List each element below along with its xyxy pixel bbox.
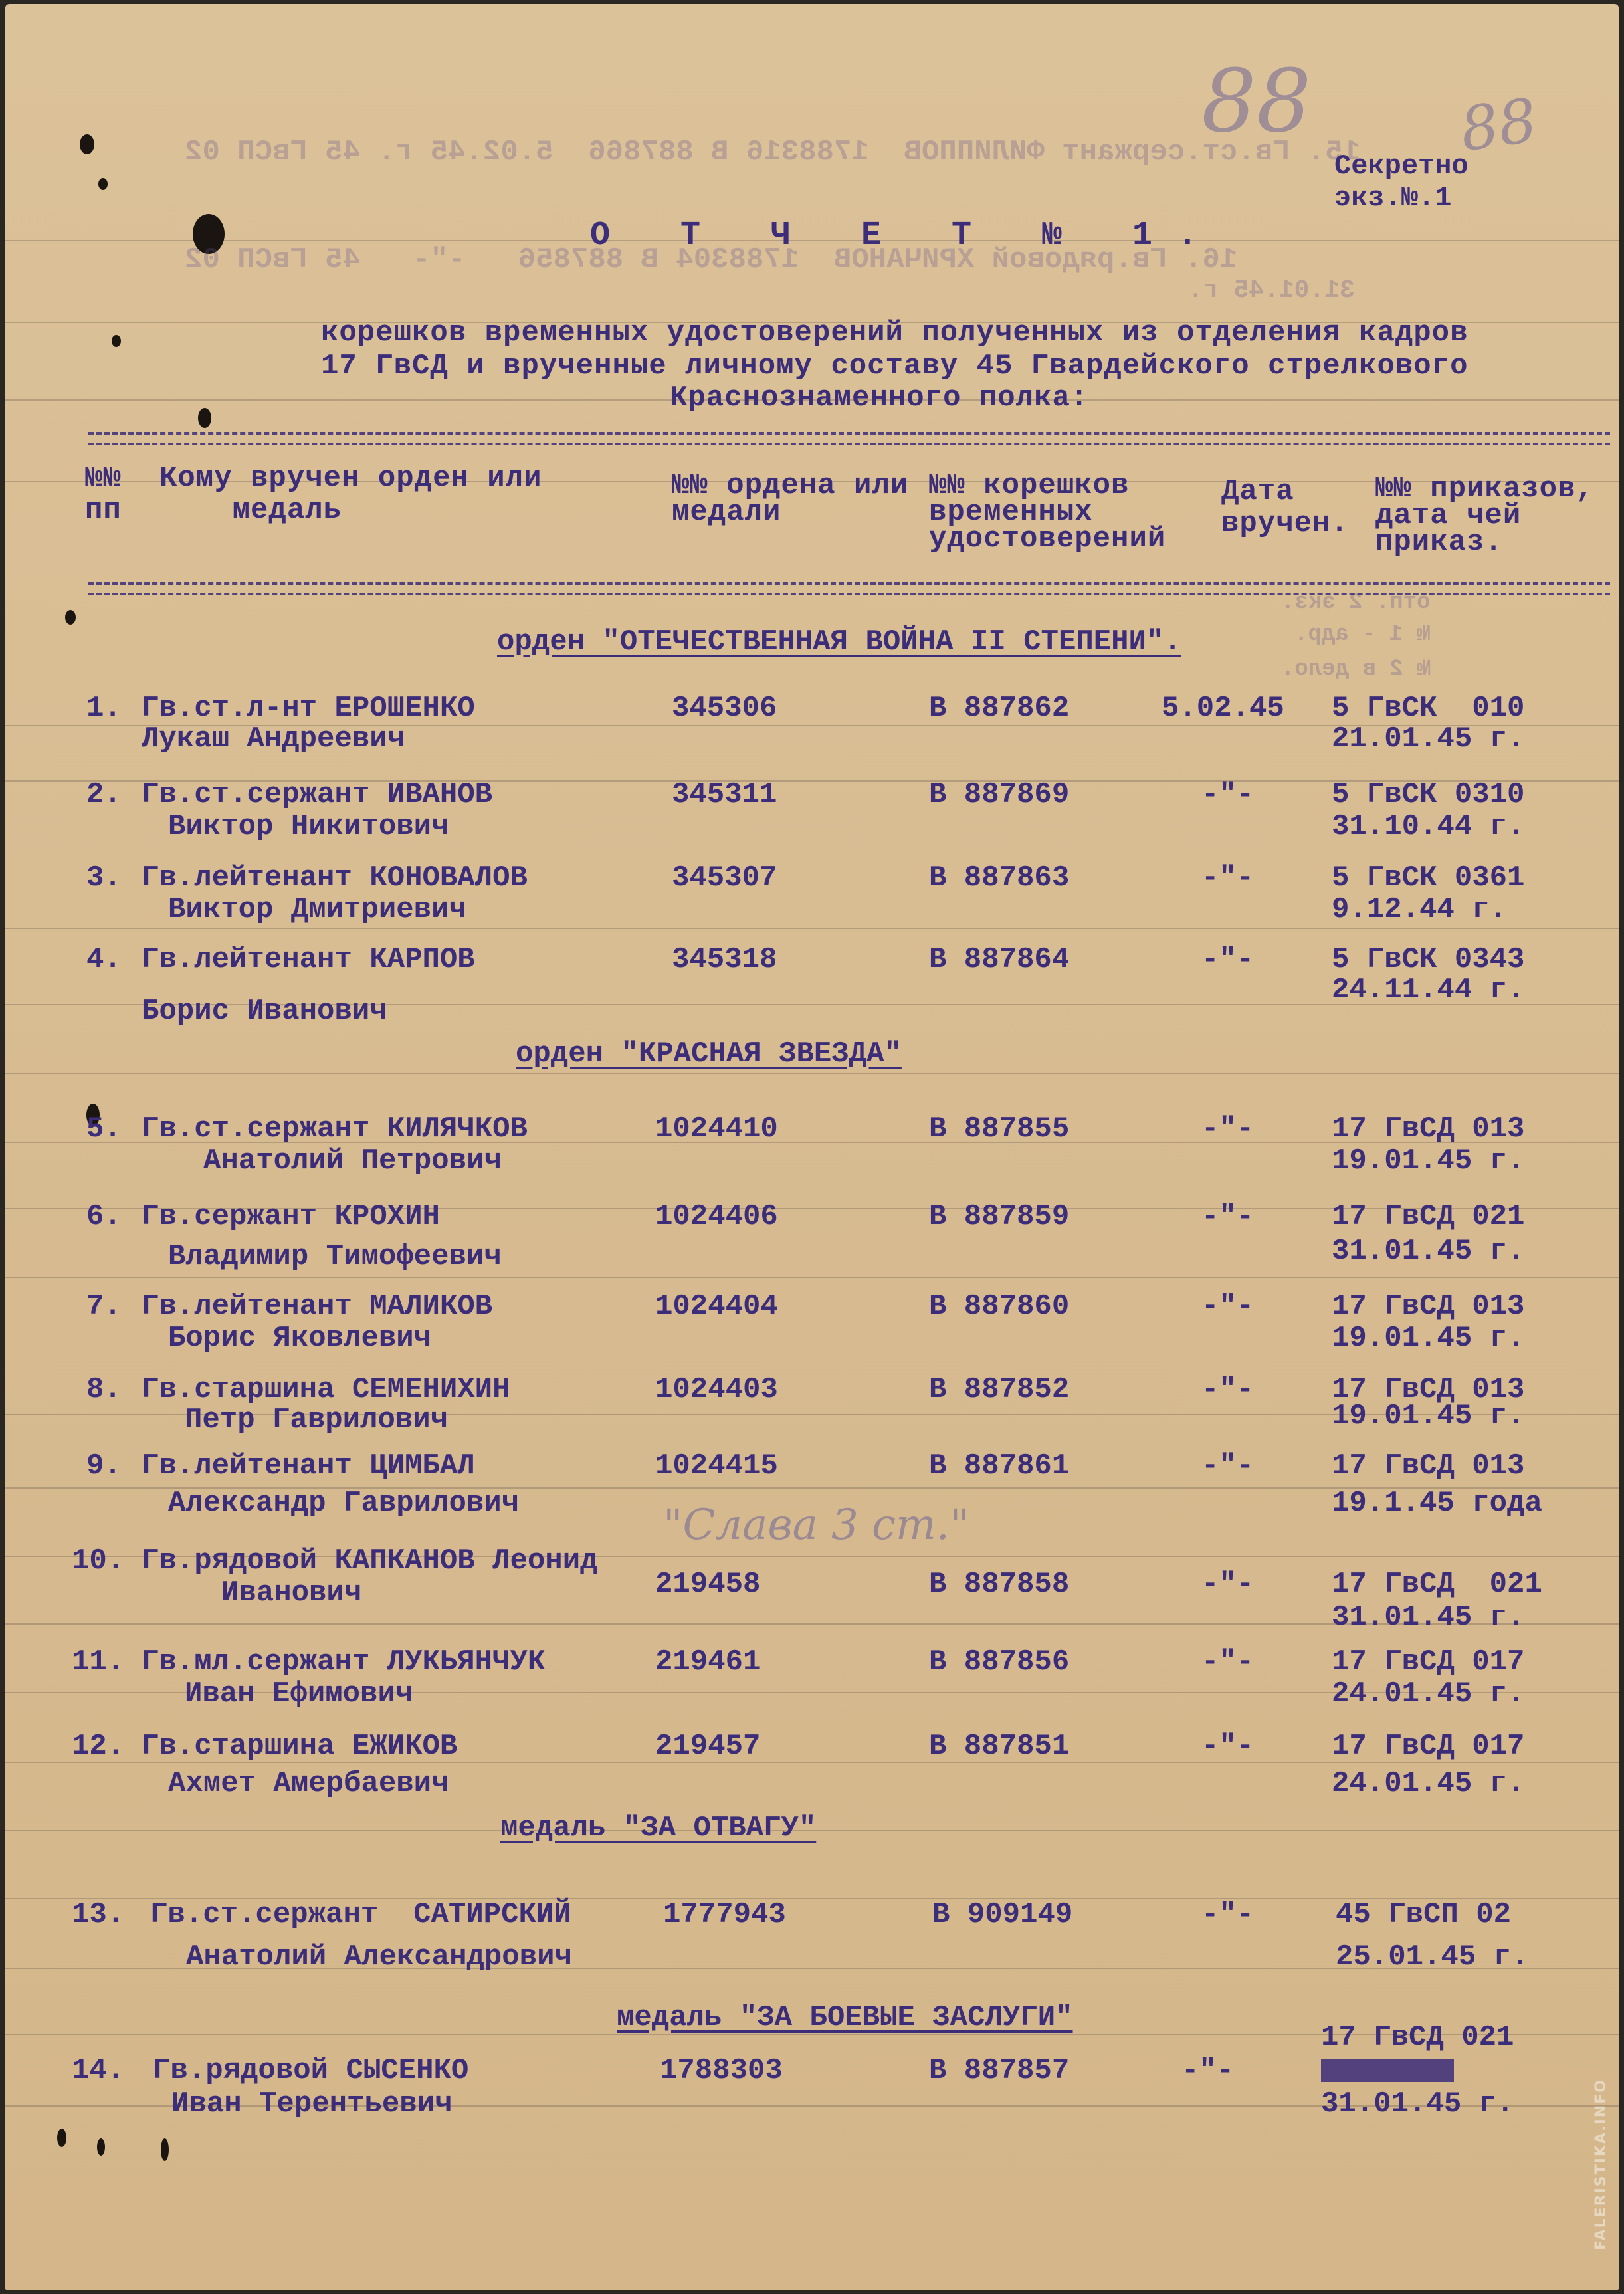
row-number: 4. — [86, 943, 122, 976]
header-order-ref: №№ приказов, дата чей приказ. — [1375, 476, 1594, 556]
award-number: 1788303 — [660, 2054, 783, 2087]
given-names: Владимир Тимофеевич — [168, 1240, 502, 1273]
award-number: 345311 — [672, 778, 777, 811]
date-awarded: -"- — [1201, 1730, 1254, 1763]
given-names: Иванович — [221, 1576, 361, 1610]
given-names: Иван Терентьевич — [171, 2087, 452, 2121]
given-names: Анатолий Петрович — [203, 1144, 502, 1178]
given-names: Ахмет Амербаевич — [168, 1767, 449, 1800]
row-number: 6. — [86, 1200, 122, 1233]
order-reference: 45 ГвСП 02 — [1336, 1898, 1511, 1931]
date-awarded: -"- — [1201, 1112, 1254, 1146]
stub-number: В 887859 — [929, 1200, 1069, 1233]
order-reference: 17 ГвСД 013 — [1332, 1290, 1524, 1323]
section-title-red-star: орден "КРАСНАЯ ЗВЕЗДА" — [516, 1037, 902, 1071]
order-date: 24.01.45 г. — [1332, 1767, 1524, 1800]
row-number: 9. — [86, 1449, 122, 1483]
row-number: 14. — [72, 2054, 124, 2087]
double-rule-bottom — [88, 582, 1610, 595]
row-number: 12. — [72, 1730, 124, 1763]
header-recipient: Кому вручен орден или медаль — [159, 463, 542, 526]
rank-surname: Гв.лейтенант КАРПОВ — [142, 943, 475, 976]
order-date: 31.01.45 г. — [1321, 2087, 1514, 2121]
classification-label: Секретно — [1334, 150, 1469, 182]
row-number: 8. — [86, 1373, 122, 1406]
given-names: Борис Иванович — [142, 995, 387, 1028]
award-number: 1024406 — [655, 1200, 778, 1233]
binder-hole — [80, 134, 94, 154]
stub-number: В 887864 — [929, 943, 1069, 976]
subtitle-line: 17 ГвСД и врученные личному составу 45 Г… — [321, 350, 1468, 383]
given-names: Иван Ефимович — [185, 1677, 413, 1711]
rank-surname: Гв.рядовой СЫСЕНКО — [153, 2054, 468, 2087]
date-awarded: -"- — [1201, 1200, 1254, 1233]
order-date: 31.01.45 г. — [1332, 1601, 1524, 1634]
award-number: 345306 — [672, 692, 777, 725]
rank-surname: Гв.старшина СЕМЕНИХИН — [142, 1373, 510, 1406]
date-awarded: 5.02.45 — [1162, 692, 1284, 725]
copy-number: экз.№.1 — [1334, 182, 1451, 214]
stub-number: В 887856 — [929, 1645, 1069, 1679]
award-number: 1024403 — [655, 1373, 778, 1406]
row-number: 3. — [86, 861, 122, 894]
order-date: 19.01.45 г. — [1332, 1400, 1524, 1433]
binder-hole — [161, 2138, 169, 2161]
row-number: 5. — [86, 1112, 122, 1146]
award-number: 219458 — [655, 1568, 760, 1601]
award-number: 1024404 — [655, 1290, 778, 1323]
order-reference: 5 ГвСК 0310 — [1332, 778, 1524, 811]
order-date: 9.12.44 г. — [1332, 893, 1507, 926]
rank-surname: Гв.старшина ЕЖИКОВ — [142, 1730, 457, 1763]
binder-hole — [98, 178, 108, 190]
award-number: 345318 — [672, 943, 777, 976]
stub-number: В 887855 — [929, 1112, 1069, 1146]
header-date: Дата вручен. — [1221, 476, 1349, 540]
given-names: Анатолий Александрович — [186, 1940, 572, 1974]
bleed-through-text: Василий Иванович 31.01.45 г. — [1188, 276, 1619, 305]
document-page: 15. Гв.ст.сержант ФИЛИППОВ 1788316 В 887… — [5, 4, 1619, 2290]
stub-number: В 887851 — [929, 1730, 1069, 1763]
given-names: Борис Яковлевич — [168, 1322, 431, 1355]
binder-hole — [65, 610, 76, 625]
order-date: 19.01.45 г. — [1332, 1322, 1524, 1355]
stub-number: В 887861 — [929, 1449, 1069, 1483]
award-number: 1777943 — [663, 1898, 786, 1931]
rank-surname: Гв.ст.сержант КИЛЯЧКОВ — [142, 1112, 528, 1146]
document-title: О Т Ч Е Т № 1. — [590, 217, 1223, 255]
order-reference: 5 ГвСК 0343 — [1332, 943, 1524, 976]
binder-hole — [112, 335, 121, 347]
bleed-through-text: 15. Гв.ст.сержант ФИЛИППОВ 1788316 В 887… — [185, 136, 1360, 169]
given-names: Виктор Дмитриевич — [168, 893, 466, 926]
rank-surname: Гв.лейтенант КОНОВАЛОВ — [142, 861, 528, 894]
date-awarded: -"- — [1181, 2054, 1234, 2087]
order-reference: 17 ГвСД 017 — [1332, 1645, 1524, 1679]
handwritten-page-number: 88 — [1201, 51, 1311, 152]
rank-surname: Гв.лейтенант МАЛИКОВ — [142, 1290, 492, 1323]
date-awarded: -"- — [1201, 1645, 1254, 1679]
rank-surname: Гв.сержант КРОХИН — [142, 1200, 440, 1233]
date-awarded: -"- — [1201, 1898, 1254, 1931]
row-number: 11. — [72, 1645, 124, 1679]
award-number: 1024415 — [655, 1449, 778, 1483]
handwritten-note: "Слава 3 ст." — [663, 1501, 969, 1550]
stub-number: В 887869 — [929, 778, 1069, 811]
row-number: 7. — [86, 1290, 122, 1323]
order-date: 31.10.44 г. — [1332, 810, 1524, 843]
row-number: 10. — [72, 1544, 124, 1578]
rank-surname: Гв.ст.л-нт ЕРОШЕНКО — [142, 692, 475, 725]
ruled-line — [5, 1073, 1619, 1074]
order-reference: 17 ГвСД 013 — [1332, 1449, 1524, 1483]
order-date: 21.01.45 г. — [1332, 722, 1524, 756]
date-awarded: -"- — [1201, 861, 1254, 894]
order-date: 25.01.45 г. — [1336, 1940, 1528, 1974]
stub-number: В 887858 — [929, 1568, 1069, 1601]
stub-number: В 887852 — [929, 1373, 1069, 1406]
stub-number: В 887860 — [929, 1290, 1069, 1323]
given-names: Лукаш Андреевич — [142, 722, 405, 756]
award-number: 219457 — [655, 1730, 760, 1763]
order-reference: 17 ГвСД 021 — [1321, 2021, 1514, 2054]
given-names: Виктор Никитович — [168, 810, 449, 843]
rank-surname: Гв.мл.сержант ЛУКЬЯНЧУК — [142, 1645, 545, 1679]
struck-out-text — [1321, 2059, 1454, 2082]
row-number: 13. — [72, 1898, 124, 1931]
date-awarded: -"- — [1201, 1373, 1254, 1406]
rank-surname: Гв.рядовой КАПКАНОВ Леонид — [142, 1544, 598, 1578]
order-reference: 17 ГвСД 021 — [1332, 1568, 1542, 1601]
bleed-through-text: № 2 в дело. — [1281, 657, 1430, 682]
header-award-number: №№ ордена или медали — [672, 472, 908, 526]
award-number: 1024410 — [655, 1112, 778, 1146]
binder-hole — [198, 408, 211, 428]
order-date: 19.01.45 г. — [1332, 1144, 1524, 1178]
header-stub-number: №№ корешков временных удостоверений — [929, 472, 1166, 552]
award-number: 219461 — [655, 1645, 760, 1679]
stub-number: В 887857 — [929, 2054, 1069, 2087]
order-reference: 17 ГвСД 013 — [1332, 1112, 1524, 1146]
date-awarded: -"- — [1201, 1290, 1254, 1323]
order-date: 31.01.45 г. — [1332, 1235, 1524, 1268]
section-title-for-courage: медаль "ЗА ОТВАГУ" — [500, 1812, 816, 1845]
bleed-through-text: № 1 - адр. — [1294, 622, 1430, 647]
order-reference: 5 ГвСК 0361 — [1332, 861, 1524, 894]
given-names: Александр Гаврилович — [168, 1487, 519, 1520]
subtitle-line: корешков временных удостоверений получен… — [321, 316, 1468, 350]
binder-hole — [57, 2129, 66, 2147]
section-title-patriotic-war: орден "ОТЕЧЕСТВЕННАЯ ВОЙНА II СТЕПЕНИ". — [497, 625, 1181, 659]
binder-hole — [97, 2138, 105, 2156]
order-date: 19.1.45 года — [1332, 1487, 1542, 1520]
watermark: FALERISTIKA.INFO — [1593, 2079, 1609, 2250]
stub-number: В 909149 — [932, 1898, 1072, 1931]
double-rule-top — [88, 432, 1610, 445]
award-number: 345307 — [672, 861, 777, 894]
date-awarded: -"- — [1201, 778, 1254, 811]
row-number: 2. — [86, 778, 122, 811]
order-date: 24.11.44 г. — [1332, 974, 1524, 1007]
stub-number: В 887863 — [929, 861, 1069, 894]
order-reference: 17 ГвСД 021 — [1332, 1200, 1524, 1233]
rank-surname: Гв.ст.сержант ИВАНОВ — [142, 778, 492, 811]
subtitle-line: Краснознаменного полка: — [670, 381, 1088, 415]
row-number: 1. — [86, 692, 122, 725]
date-awarded: -"- — [1201, 943, 1254, 976]
handwritten-page-number-2: 88 — [1456, 86, 1541, 165]
rank-surname: Гв.лейтенант ЦИМБАЛ — [142, 1449, 475, 1483]
date-awarded: -"- — [1201, 1449, 1254, 1483]
date-awarded: -"- — [1201, 1568, 1254, 1601]
stub-number: В 887862 — [929, 692, 1069, 725]
ruled-line — [5, 928, 1619, 929]
given-names: Петр Гаврилович — [185, 1404, 448, 1437]
header-num: №№ пп — [85, 463, 122, 526]
rank-surname: Гв.ст.сержант САТИРСКИЙ — [150, 1898, 571, 1931]
section-title-combat-merit: медаль "ЗА БОЕВЫЕ ЗАСЛУГИ" — [617, 2001, 1073, 2034]
ruled-line — [5, 1277, 1619, 1278]
order-date: 24.01.45 г. — [1332, 1677, 1524, 1711]
order-reference: 17 ГвСД 017 — [1332, 1730, 1524, 1763]
order-reference: 5 ГвСК 010 — [1332, 692, 1524, 725]
